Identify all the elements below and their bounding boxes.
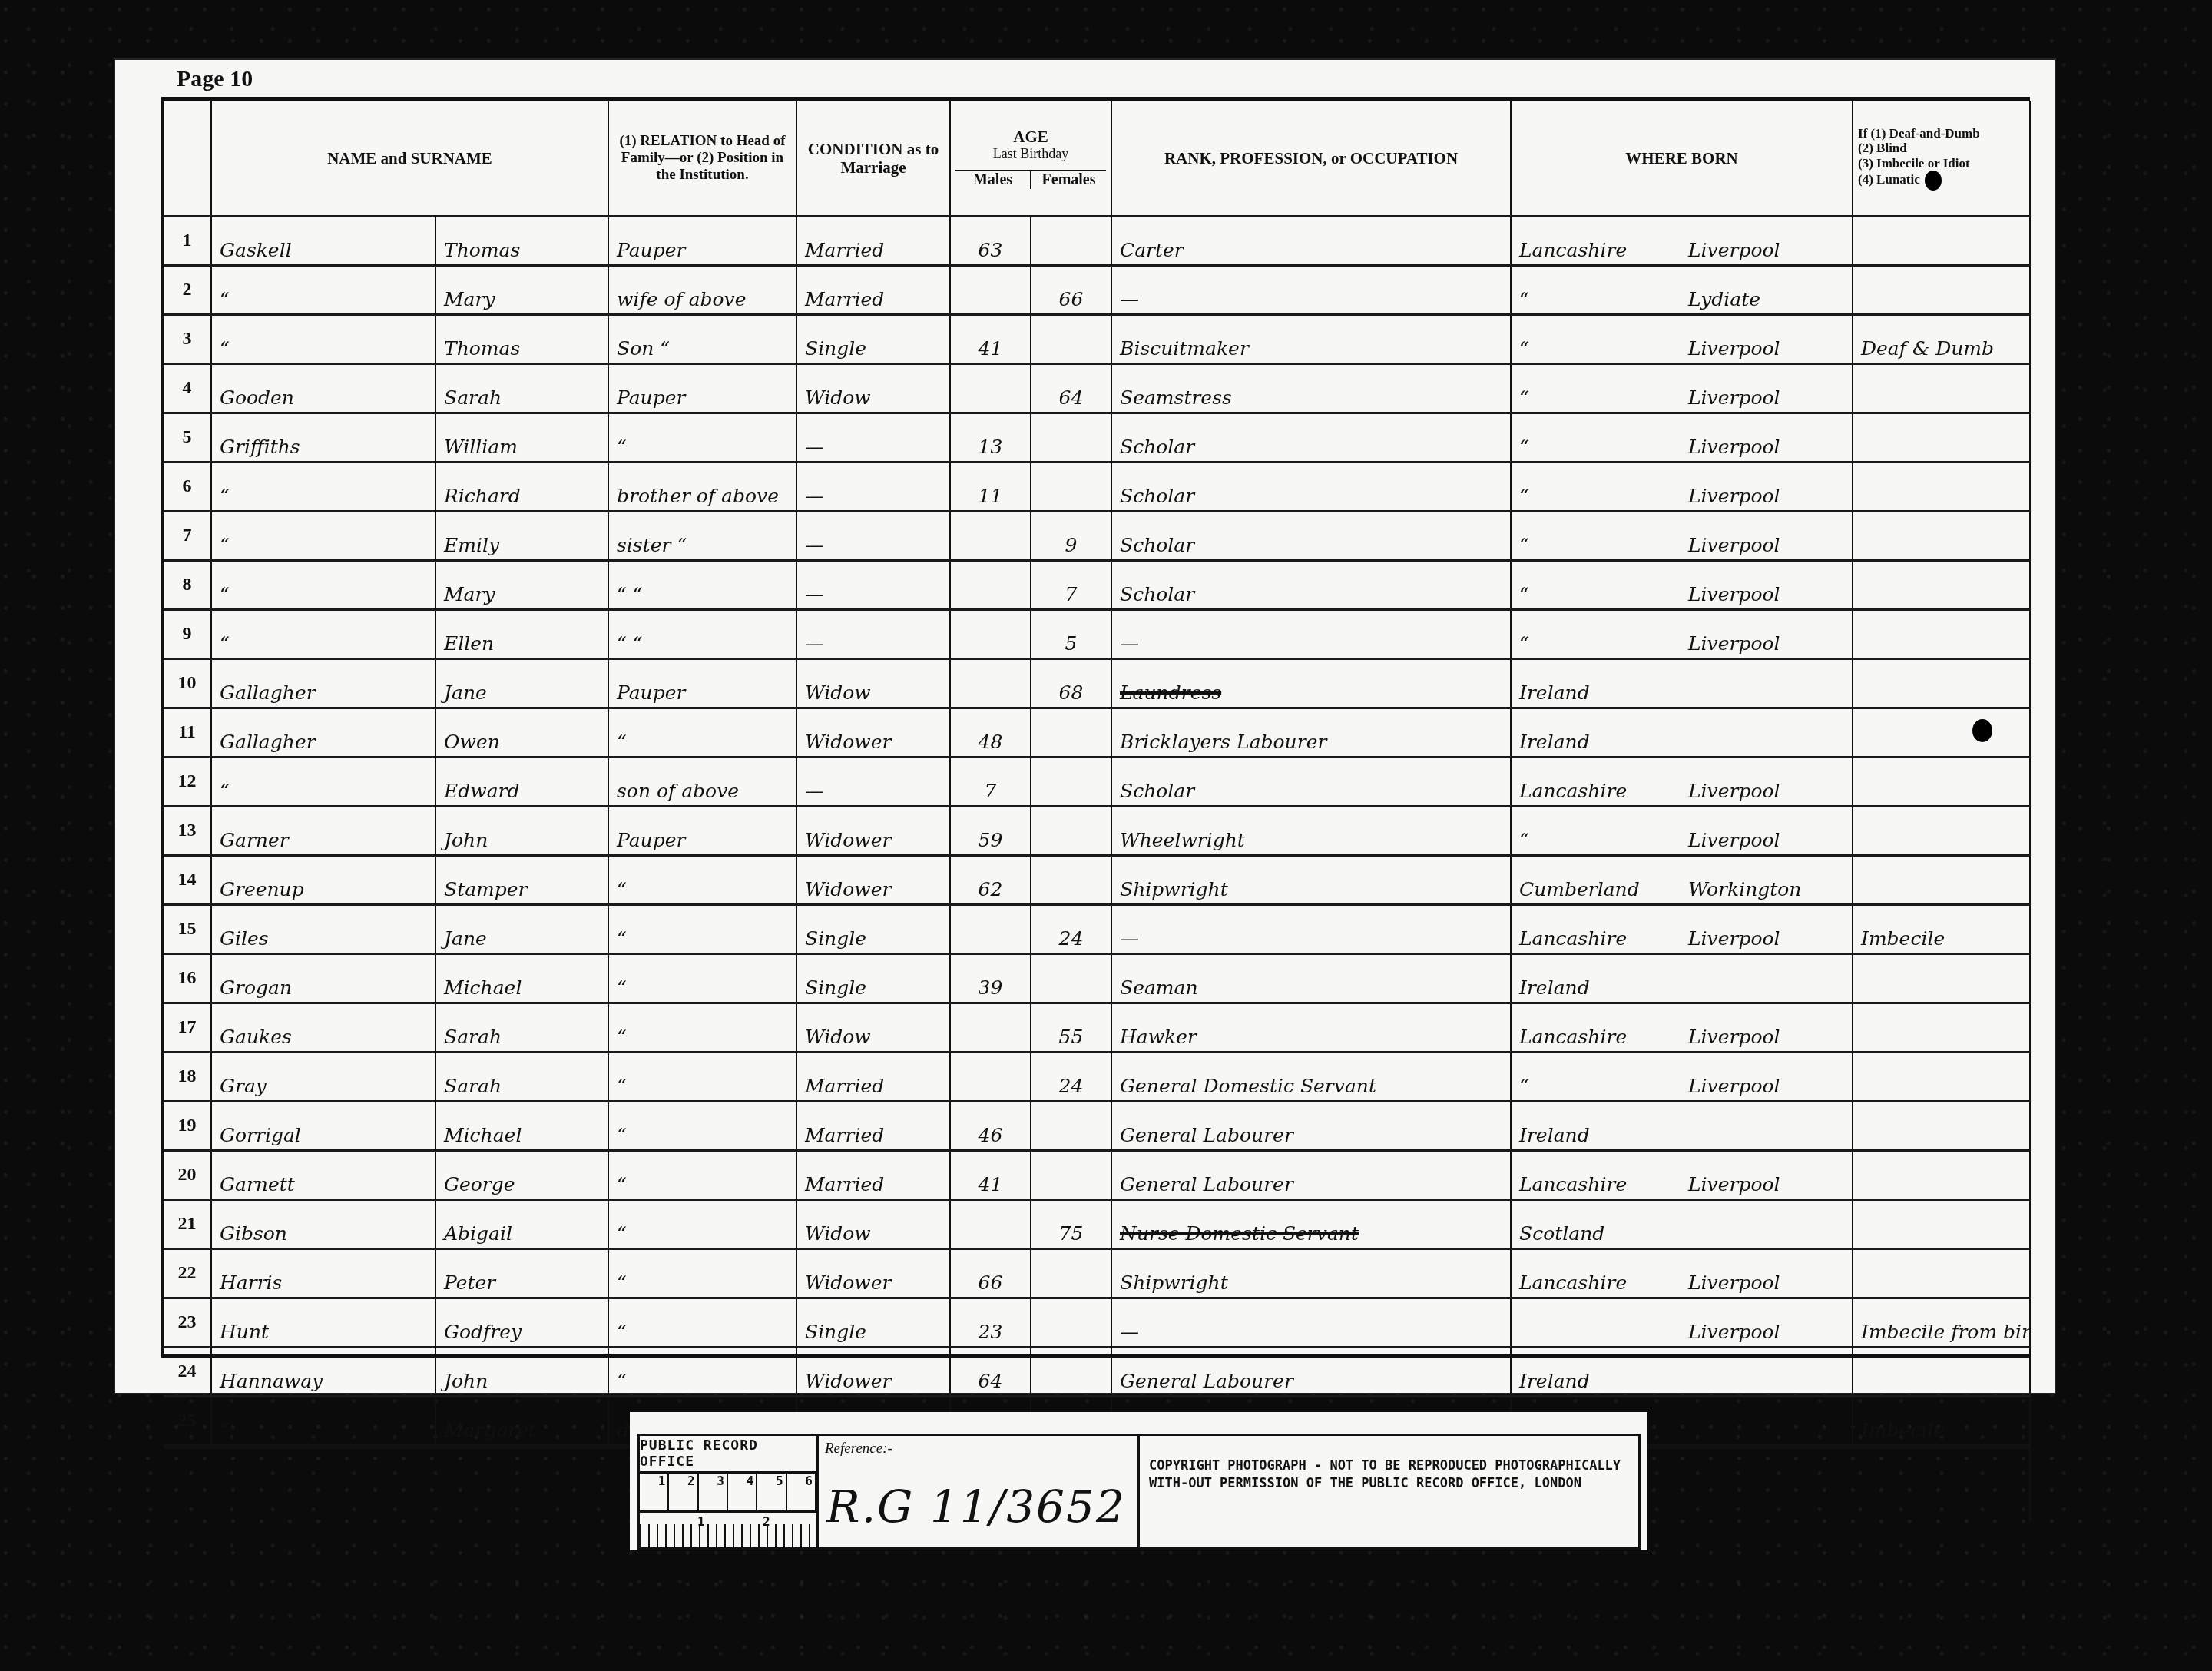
occupation: General Domestic Servant [1111,1053,1511,1102]
occupation: General Labourer [1111,1151,1511,1200]
where-born: “Liverpool [1511,610,1853,659]
infirmity [1853,708,2030,758]
row-number: 2 [164,266,211,315]
occupation: — [1111,1298,1511,1348]
male-age: 63 [950,217,1031,266]
table-row: 8“Mary“ “—7Scholar“Liverpool [164,561,2030,610]
where-born: CumberlandWorkington [1511,856,1853,905]
table-row: 20GarnettGeorge“Married41General Laboure… [164,1151,2030,1200]
infirmity [1853,758,2030,807]
relation: “ [608,905,796,954]
female-age [1031,413,1111,463]
where-born: “Liverpool [1511,463,1853,512]
relation: sister “ [608,512,796,561]
header-age: AGE Last Birthday Males Females [950,101,1111,217]
condition: Widower [796,1348,950,1397]
infirmity [1853,413,2030,463]
male-age: 7 [950,758,1031,807]
forename: Emily [435,512,608,561]
reference-box: Reference:- R.G 11/3652 [819,1436,1140,1547]
ruler-mark: 4 [728,1474,757,1510]
born-county: Lancashire [1519,239,1688,261]
condition: Married [796,1151,950,1200]
ruler-mark: 2 [763,1514,770,1529]
ruler-mark: 2 [669,1474,698,1510]
relation: brother of above [608,463,796,512]
condition: Widow [796,659,950,708]
forename: Godfrey [435,1298,608,1348]
where-born: “Lydiate [1511,266,1853,315]
female-age [1031,1298,1111,1348]
occupation: Scholar [1111,758,1511,807]
row-number: 9 [164,610,211,659]
table-row: 7“Emilysister “—9Scholar“Liverpool [164,512,2030,561]
where-born: “Liverpool [1511,315,1853,364]
census-page: Page 10 NAME and SURNAME (1) RELATION to… [115,60,2055,1393]
reference-card: PUBLIC RECORD OFFICE 1 2 3 4 5 6 1 2 Ref… [630,1412,1647,1550]
row-number: 22 [164,1249,211,1298]
born-town: Liverpool [1688,1075,1780,1097]
surname: Gorrigal [211,1102,435,1151]
occupation: General Labourer [1111,1102,1511,1151]
relation: “ [608,1249,796,1298]
table-row: 22HarrisPeter“Widower66ShipwrightLancash… [164,1249,2030,1298]
male-age: 66 [950,1249,1031,1298]
occupation: Biscuitmaker [1111,315,1511,364]
relation: “ [608,1102,796,1151]
occupation: Scholar [1111,463,1511,512]
ruler-mark: 5 [757,1474,786,1510]
born-town: Liverpool [1688,829,1780,851]
surname: “ [211,1397,435,1447]
born-county: Ireland [1519,681,1688,704]
surname: “ [211,463,435,512]
occupation: Scholar [1111,512,1511,561]
infirmity [1853,512,2030,561]
table-row: 12“Edwardson of above—7ScholarLancashire… [164,758,2030,807]
condition: Widower [796,856,950,905]
row-number: 18 [164,1053,211,1102]
row-number: 15 [164,905,211,954]
condition: Widow [796,1003,950,1053]
born-county: Ireland [1519,1124,1688,1146]
born-town: Liverpool [1688,1271,1780,1294]
forename: Mary [435,266,608,315]
female-age [1031,708,1111,758]
relation: Pauper [608,659,796,708]
table-row: 18GraySarah“Married24General Domestic Se… [164,1053,2030,1102]
born-town: Liverpool [1688,780,1780,802]
surname: Garner [211,807,435,856]
male-age [950,266,1031,315]
born-county: Lancashire [1519,1271,1688,1294]
header-row-number [164,101,211,217]
where-born: LancashireLiverpool [1511,217,1853,266]
surname: Giles [211,905,435,954]
table-row: 15GilesJane“Single24—LancashireLiverpool… [164,905,2030,954]
infirmity [1853,1053,2030,1102]
row-number: 8 [164,561,211,610]
infirmity [1853,1151,2030,1200]
female-age: 68 [1031,659,1111,708]
male-age: 13 [950,413,1031,463]
infirmity [1853,954,2030,1003]
header-condition: CONDITION as to Marriage [796,101,950,217]
row-number: 16 [164,954,211,1003]
ruler-mark: 1 [640,1474,669,1510]
forename: Thomas [435,217,608,266]
condition: — [796,463,950,512]
female-age [1031,954,1111,1003]
infirmity [1853,217,2030,266]
row-number: 24 [164,1348,211,1397]
female-age: 9 [1031,512,1111,561]
male-age: 11 [950,463,1031,512]
where-born: LancashireLiverpool [1511,1003,1853,1053]
born-county: Lancashire [1519,1173,1688,1195]
surname: Griffiths [211,413,435,463]
infirmity [1853,659,2030,708]
where-born: Scotland [1511,1200,1853,1249]
condition: Married [796,217,950,266]
forename: Michael [435,954,608,1003]
surname: Gallagher [211,659,435,708]
infirmity [1853,610,2030,659]
male-age [950,1003,1031,1053]
condition: Single [796,954,950,1003]
male-age [950,561,1031,610]
row-number: 14 [164,856,211,905]
occupation: — [1111,610,1511,659]
condition: Married [796,1053,950,1102]
infirmity: Imbecile from birth [1853,1298,2030,1348]
female-age: 55 [1031,1003,1111,1053]
occupation: Bricklayers Labourer [1111,708,1511,758]
row-number: 17 [164,1003,211,1053]
forename: Abigail [435,1200,608,1249]
relation: “ [608,1298,796,1348]
forename: Thomas [435,315,608,364]
born-county: “ [1519,1075,1688,1097]
row-number: 23 [164,1298,211,1348]
relation: “ [608,1200,796,1249]
table-row: 10GallagherJanePauperWidow68LaundressIre… [164,659,2030,708]
female-age: 7 [1031,561,1111,610]
male-age: 59 [950,807,1031,856]
forename: Sarah [435,1053,608,1102]
table-row: 5GriffithsWilliam“—13Scholar“Liverpool [164,413,2030,463]
table-row: 14GreenupStamper“Widower62ShipwrightCumb… [164,856,2030,905]
page-number: Page 10 [177,66,253,92]
occupation: Scholar [1111,561,1511,610]
female-age [1031,1102,1111,1151]
table-row: 6“Richardbrother of above—11Scholar“Live… [164,463,2030,512]
surname: “ [211,315,435,364]
infirmity [1853,266,2030,315]
table-row: 2“Marywife of aboveMarried66—“Lydiate [164,266,2030,315]
male-age: 41 [950,1151,1031,1200]
surname: “ [211,266,435,315]
relation: “ [608,708,796,758]
table-row: 17GaukesSarah“Widow55HawkerLancashireLiv… [164,1003,2030,1053]
female-age: 24 [1031,905,1111,954]
relation: “ [608,1151,796,1200]
male-age [950,1200,1031,1249]
condition: — [796,610,950,659]
born-town: Liverpool [1688,436,1780,458]
female-age [1031,217,1111,266]
infirmity [1853,463,2030,512]
where-born: “Liverpool [1511,512,1853,561]
surname: Gaukes [211,1003,435,1053]
female-age [1031,1249,1111,1298]
condition: Single [796,1298,950,1348]
condition: Widower [796,807,950,856]
forename: William [435,413,608,463]
row-number: 7 [164,512,211,561]
female-age [1031,1348,1111,1397]
where-born: “Liverpool [1511,807,1853,856]
male-age: 41 [950,315,1031,364]
male-age [950,905,1031,954]
row-number: 12 [164,758,211,807]
surname: Gaskell [211,217,435,266]
occupation: Carter [1111,217,1511,266]
header-age-females: Females [1031,171,1106,189]
born-county: “ [1519,436,1688,458]
occupation: Scholar [1111,413,1511,463]
where-born: LancashireLiverpool [1511,1249,1853,1298]
surname: Harris [211,1249,435,1298]
occupation: Shipwright [1111,1249,1511,1298]
table-row: 9“Ellen“ “—5—“Liverpool [164,610,2030,659]
ruler-mark: 1 [697,1514,705,1529]
surname: Grogan [211,954,435,1003]
where-born: “Liverpool [1511,364,1853,413]
where-born: LancashireLiverpool [1511,1151,1853,1200]
where-born: LancashireLiverpool [1511,905,1853,954]
table-row: 21GibsonAbigail“Widow75Nurse Domestic Se… [164,1200,2030,1249]
born-county: Lancashire [1519,927,1688,950]
born-county: “ [1519,485,1688,507]
table-row: 11GallagherOwen“Widower48Bricklayers Lab… [164,708,2030,758]
where-born: Ireland [1511,1102,1853,1151]
born-town: Liverpool [1688,386,1780,409]
relation: “ “ [608,561,796,610]
ruler-mark: 3 [699,1474,728,1510]
female-age: 75 [1031,1200,1111,1249]
born-town: Liverpool [1688,485,1780,507]
row-number: 11 [164,708,211,758]
surname: “ [211,512,435,561]
row-number: 25 [164,1397,211,1447]
header-age-males: Males [955,171,1031,189]
table-row: 24HannawayJohn“Widower64General Labourer… [164,1348,2030,1397]
relation: “ [608,1003,796,1053]
relation: “ “ [608,610,796,659]
infirmity [1853,807,2030,856]
where-born: “Liverpool [1511,561,1853,610]
row-number: 20 [164,1151,211,1200]
male-age [950,610,1031,659]
forename: Sarah [435,1003,608,1053]
occupation: Shipwright [1111,856,1511,905]
occupation: Nurse Domestic Servant [1111,1200,1511,1249]
census-table: NAME and SURNAME (1) RELATION to Head of… [164,101,2031,1521]
male-age: 64 [950,1348,1031,1397]
born-county: Scotland [1519,1222,1688,1245]
female-age: 24 [1031,1053,1111,1102]
relation: son of above [608,758,796,807]
born-county: “ [1519,632,1688,655]
female-age [1031,758,1111,807]
condition: Widow [796,1200,950,1249]
where-born: Ireland [1511,954,1853,1003]
female-age [1031,315,1111,364]
header-age-title: AGE [955,128,1106,146]
forename: Owen [435,708,608,758]
forename: George [435,1151,608,1200]
born-county: Ireland [1519,976,1688,999]
infirmity [1853,1249,2030,1298]
row-number: 21 [164,1200,211,1249]
forename: Stamper [435,856,608,905]
born-town: Liverpool [1688,1321,1780,1343]
born-town: Liverpool [1688,1173,1780,1195]
infirmity [1853,364,2030,413]
forename: Peter [435,1249,608,1298]
female-age [1031,1151,1111,1200]
born-town: Liverpool [1688,632,1780,655]
where-born: Ireland [1511,708,1853,758]
surname: “ [211,561,435,610]
infirmity: Imbecile [1853,905,2030,954]
table-row: 16GroganMichael“Single39SeamanIreland [164,954,2030,1003]
table-row: 4GoodenSarahPauperWidow64Seamstress“Live… [164,364,2030,413]
where-born: Ireland [1511,1348,1853,1397]
male-age [950,512,1031,561]
header-occupation: RANK, PROFESSION, or OCCUPATION [1111,101,1511,217]
forename: Edward [435,758,608,807]
infirmity [1853,1348,2030,1397]
female-age [1031,463,1111,512]
relation: “ [608,856,796,905]
born-town: Liverpool [1688,239,1780,261]
born-county: “ [1519,534,1688,556]
occupation: Seamstress [1111,364,1511,413]
born-county: “ [1519,337,1688,360]
row-number: 13 [164,807,211,856]
table-row: 23HuntGodfrey“Single23—LiverpoolImbecile… [164,1298,2030,1348]
forename: Sarah [435,364,608,413]
header-infirmity: If (1) Deaf-and-Dumb (2) Blind (3) Imbec… [1853,101,2030,217]
relation: “ [608,1348,796,1397]
female-age [1031,807,1111,856]
where-born: Ireland [1511,659,1853,708]
condition: Single [796,315,950,364]
row-number: 1 [164,217,211,266]
condition: — [796,561,950,610]
infirmity [1853,1200,2030,1249]
male-age: 23 [950,1298,1031,1348]
born-county: “ [1519,288,1688,310]
surname: Garnett [211,1151,435,1200]
born-county: “ [1519,829,1688,851]
condition: Married [796,266,950,315]
occupation: Wheelwright [1111,807,1511,856]
header-age-subtitle: Last Birthday [955,146,1106,162]
surname: “ [211,758,435,807]
table-row: 19GorrigalMichael“Married46General Labou… [164,1102,2030,1151]
header-row: NAME and SURNAME (1) RELATION to Head of… [164,101,2030,217]
condition: Widower [796,708,950,758]
female-age: 64 [1031,364,1111,413]
condition: Widower [796,1249,950,1298]
born-town: Lydiate [1688,288,1760,310]
condition: — [796,512,950,561]
ruler-bottom: 1 2 [640,1513,816,1547]
forename: Ellen [435,610,608,659]
male-age: 39 [950,954,1031,1003]
condition: — [796,413,950,463]
relation: Pauper [608,217,796,266]
born-town: Liverpool [1688,534,1780,556]
male-age [950,364,1031,413]
female-age: 66 [1031,266,1111,315]
table-row: 3“ThomasSon “Single41Biscuitmaker“Liverp… [164,315,2030,364]
forename: John [435,807,608,856]
infirmity [1853,1102,2030,1151]
row-number: 3 [164,315,211,364]
born-county: “ [1519,386,1688,409]
male-age: 46 [950,1102,1031,1151]
surname: Hannaway [211,1348,435,1397]
forename: Richard [435,463,608,512]
surname: Gooden [211,364,435,413]
infirmity [1853,561,2030,610]
female-age [1031,856,1111,905]
male-age [950,1053,1031,1102]
forename: Michael [435,1102,608,1151]
infirmity [1853,1003,2030,1053]
born-town: Liverpool [1688,583,1780,605]
occupation: Hawker [1111,1003,1511,1053]
condition: Widow [796,364,950,413]
table-row: 13GarnerJohnPauperWidower59Wheelwright“L… [164,807,2030,856]
row-number: 5 [164,413,211,463]
header-relation: (1) RELATION to Head of Family—or (2) Po… [608,101,796,217]
ink-blot-icon [1972,719,1992,742]
relation: Pauper [608,807,796,856]
header-name: NAME and SURNAME [211,101,608,217]
ink-blot-icon [1925,171,1942,191]
occupation: — [1111,905,1511,954]
forename: Jane [435,659,608,708]
infirmity [1853,856,2030,905]
born-town: Liverpool [1688,1026,1780,1048]
relation: wife of above [608,266,796,315]
census-rows: 1GaskellThomasPauperMarried63CarterLanca… [164,217,2030,1447]
male-age: 48 [950,708,1031,758]
table-row: 1GaskellThomasPauperMarried63CarterLanca… [164,217,2030,266]
where-born: “Liverpool [1511,413,1853,463]
forename: John [435,1348,608,1397]
surname: Hunt [211,1298,435,1348]
where-born: “Liverpool [1511,1053,1853,1102]
born-town: Liverpool [1688,337,1780,360]
born-county: Ireland [1519,1370,1688,1392]
born-county: Lancashire [1519,1026,1688,1048]
